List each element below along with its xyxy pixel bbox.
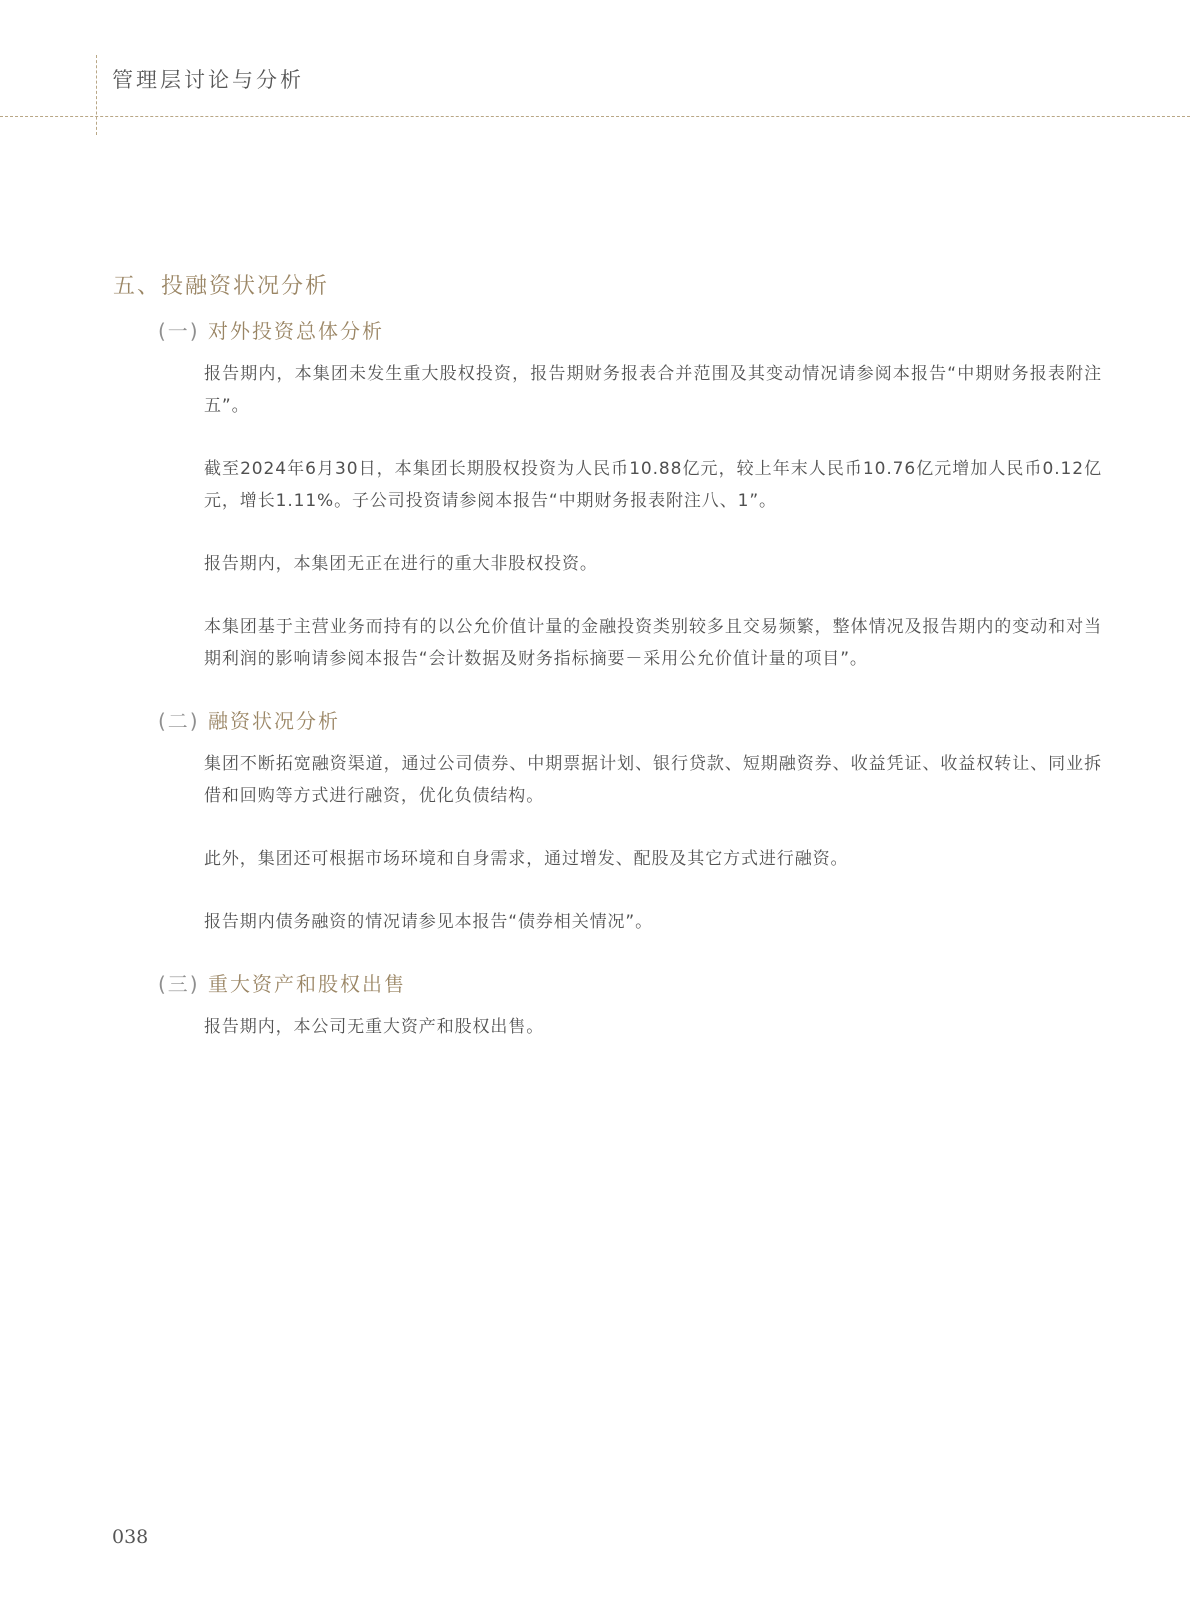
- paragraph: 报告期内，本公司无重大资产和股权出售。: [204, 1011, 1102, 1043]
- subsection-number: (二): [158, 709, 200, 733]
- subsection-title: 重大资产和股权出售: [208, 972, 406, 996]
- paragraph: 报告期内债务融资的情况请参见本报告“债券相关情况”。: [204, 906, 1102, 938]
- subsection-number: (三): [158, 972, 200, 996]
- subsection-title: 对外投资总体分析: [208, 319, 384, 343]
- subsection-financing: (二) 融资状况分析 集团不断拓宽融资渠道，通过公司债券、中期票据计划、银行贷款…: [113, 706, 1103, 938]
- main-content: 五、投融资状况分析 (一) 对外投资总体分析 报告期内，本集团未发生重大股权投资…: [113, 272, 1103, 1074]
- subsection-external-investment: (一) 对外投资总体分析 报告期内，本集团未发生重大股权投资，报告期财务报表合并…: [113, 316, 1103, 675]
- paragraph: 集团不断拓宽融资渠道，通过公司债券、中期票据计划、银行贷款、短期融资券、收益凭证…: [204, 748, 1102, 812]
- subsection-asset-sale: (三) 重大资产和股权出售 报告期内，本公司无重大资产和股权出售。: [113, 969, 1103, 1043]
- paragraph: 此外，集团还可根据市场环境和自身需求，通过增发、配股及其它方式进行融资。: [204, 843, 1102, 875]
- paragraph: 报告期内，本集团无正在进行的重大非股权投资。: [204, 548, 1102, 580]
- running-title: 管理层讨论与分析: [112, 64, 304, 94]
- section-title: 五、投融资状况分析: [113, 272, 1103, 302]
- subsection-number: (一): [158, 319, 200, 343]
- subsection-heading: (一) 对外投资总体分析: [158, 316, 1103, 346]
- page-number: 038: [112, 1526, 148, 1548]
- header-vertical-rule: [96, 55, 97, 135]
- subsection-heading: (二) 融资状况分析: [158, 706, 1103, 736]
- paragraph: 本集团基于主营业务而持有的以公允价值计量的金融投资类别较多且交易频繁，整体情况及…: [204, 611, 1102, 675]
- subsection-heading: (三) 重大资产和股权出售: [158, 969, 1103, 999]
- paragraph: 报告期内，本集团未发生重大股权投资，报告期财务报表合并范围及其变动情况请参阅本报…: [204, 358, 1102, 422]
- paragraph: 截至2024年6月30日，本集团长期股权投资为人民币10.88亿元，较上年末人民…: [204, 453, 1102, 517]
- subsection-title: 融资状况分析: [208, 709, 340, 733]
- header-horizontal-rule: [0, 116, 1190, 117]
